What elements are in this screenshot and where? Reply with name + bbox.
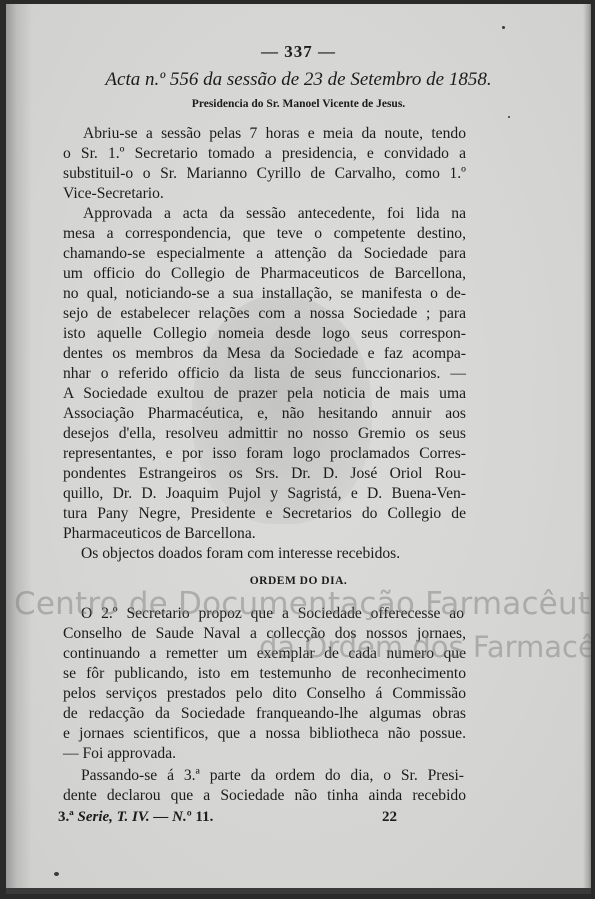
watermark-line-1: Centro de Documentação Farmacêutica [14, 586, 591, 622]
text-line: chamando-se especialmente a attenção da … [63, 244, 466, 263]
ink-speck [502, 26, 505, 29]
page-number: — 337 — [6, 42, 591, 62]
signature-mark: 22 [382, 809, 397, 826]
presidency-line: Presidencia do Sr. Manoel Vicente de Jes… [6, 98, 591, 110]
series-label: Serie, T. IV. — N. [78, 809, 187, 825]
text-line: Approvada a acta da sessão antecedente, … [65, 204, 466, 223]
series-number: º 11. [187, 809, 214, 825]
page-bottom-edge [6, 888, 591, 894]
text-line: de redacção da Sociedade franqueando-lhe… [63, 704, 466, 723]
text-line: Pharmaceuticos de Barcellona. [63, 524, 466, 543]
text-line: dentes os membros da Mesa da Sociedade e… [63, 344, 466, 363]
series-footer: 3.ª Serie, T. IV. — N.º 11. [58, 809, 213, 826]
text-line: o Sr. 1.º Secretario tomado a presidenci… [63, 144, 466, 163]
text-line: tura Pany Negre, Presidente e Secretario… [63, 504, 466, 523]
text-line: no qual, noticiando-se a sua installação… [63, 284, 466, 303]
text-line: pelos serviços prestados pelo dito Conse… [63, 684, 466, 703]
text-line: e jornaes scientificos, que a nossa bibl… [63, 724, 466, 743]
text-line: sejo de estabelecer relações com a nossa… [63, 304, 466, 323]
text-line: pondentes Estrangeiros os Srs. Dr. D. Jo… [63, 464, 466, 483]
text-line: um officio do Collegio de Pharmaceuticos… [63, 264, 466, 283]
ink-speck [508, 116, 510, 118]
page-text: — 337 — Acta n.º 556 da sessão de 23 de … [6, 4, 591, 894]
text-line: substituil-o o Sr. Marianno Cyrillo de C… [63, 164, 466, 183]
series-prefix: 3.ª [58, 809, 78, 825]
text-line: representantes, e por isso foram logo pr… [63, 444, 466, 463]
text-line: Passando-se á 3.ª parte da ordem do dia,… [63, 766, 464, 785]
text-line: Abriu-se a sessão pelas 7 horas e meia d… [65, 124, 466, 143]
text-line: — Foi approvada. [63, 744, 466, 763]
text-line: Vice-Secretario. [63, 184, 466, 203]
ink-speck [54, 872, 59, 876]
minutes-title: Acta n.º 556 da sessão de 23 de Setembro… [6, 69, 591, 91]
text-line: desejos d'ella, resolveu admittir no nos… [63, 424, 466, 443]
text-line: mesa a correspondencia, que teve o compe… [63, 224, 466, 243]
text-line: Os objectos doados foram com interesse r… [63, 544, 464, 563]
text-line: nhar o referido officio da lista de seus… [63, 364, 466, 383]
scanned-page: — 337 — Acta n.º 556 da sessão de 23 de … [6, 4, 591, 894]
text-line: A Sociedade exultou de prazer pela notic… [63, 384, 466, 403]
text-line: isto aquelle Collegio nomeia desde logo … [63, 324, 466, 343]
text-line: quillo, Dr. D. Joaquim Pujol y Sagristá,… [63, 484, 466, 503]
text-line: se fôr publicando, isto em testemunho de… [63, 664, 466, 683]
text-line: Associação Pharmacéutica, e, não hesitan… [63, 404, 466, 423]
watermark-line-2: da Ordem dos Farmacêuticos [259, 630, 591, 664]
text-line: dente declarou que a Sociedade não tinha… [63, 786, 466, 805]
